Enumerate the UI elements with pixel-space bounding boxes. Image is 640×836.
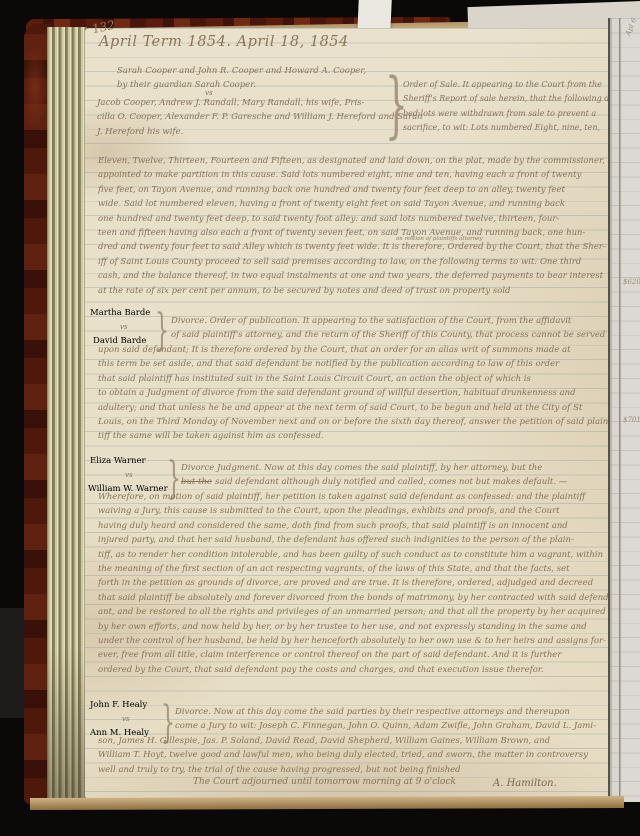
case4-side-text: Divorce. Now at this day come the said p… <box>175 705 596 734</box>
handwritten-line: tiff, as to render her condition intoler… <box>98 548 608 562</box>
case2-body: upon said defendant; It is therefore ord… <box>98 343 608 444</box>
handwritten-line: well and truly to try, the trial of the … <box>98 763 588 777</box>
handwritten-line: iff of Saint Louis County proceed to sel… <box>98 255 606 269</box>
case3-side-text: Divorce Judgment. Now at this day comes … <box>181 461 567 490</box>
handwritten-line: this term be set aside, and that said de… <box>98 357 608 371</box>
handwritten-line: that said plaintiff has instituted suit … <box>98 372 608 386</box>
struck-out-words: but the <box>181 477 212 487</box>
handwritten-line: injured party, and that her said husband… <box>98 533 608 547</box>
handwritten-line: the meaning of the first section of an a… <box>98 562 608 576</box>
handwritten-line: at the rate of six per cent per annum, t… <box>98 284 606 298</box>
handwritten-line: son, James H. Gillespie, Jas. P. Soland,… <box>98 734 588 748</box>
case2-plaintiff: Martha Barde <box>90 306 150 320</box>
handwritten-line: ever, free from all title, claim interfe… <box>98 648 608 662</box>
margin-amount-2: $701 <box>623 416 640 424</box>
case1-defendants: Jacob Cooper, Andrew J. Randall, Mary Ra… <box>97 96 423 139</box>
case4-plaintiff: John F. Healy <box>90 698 147 712</box>
term-heading: April Term 1854. April 18, 1854 <box>99 34 349 50</box>
handwritten-line: Wherefore, on motion of said plaintiff, … <box>98 490 608 504</box>
handwritten-line: five feet, on Tayon Avenue, and running … <box>98 183 606 197</box>
handwritten-line: ordered by the Court, that said defendan… <box>98 663 608 677</box>
handwritten-line: dred and twenty four feet to said Alley … <box>98 240 606 254</box>
handwritten-line: cilla O. Cooper, Alexander F. P. Garesch… <box>97 110 423 124</box>
handwritten-line: wide. Said lot numbered eleven, having a… <box>98 197 606 211</box>
handwritten-line: appointed to make partition in this caus… <box>98 168 606 182</box>
handwritten-line: by their guardian Sarah Cooper. <box>117 78 366 92</box>
handwritten-line: J. Hereford his wife. <box>97 125 423 139</box>
case1-interlineation: on motion of plaintiffs attorney <box>396 232 483 246</box>
handwritten-line: sacrifice, to wit: Lots numbered Eight, … <box>403 121 608 135</box>
case2-side-text: Divorce. Order of publication. It appear… <box>171 314 605 343</box>
handwritten-line: come a Jury to wit: Joseph C. Finnegan, … <box>175 719 596 733</box>
case3-vs: vs <box>125 471 133 479</box>
case3-side-line2-text: said defendant although duly notified an… <box>215 477 567 487</box>
handwritten-line: Sarah Cooper and John R. Cooper and Howa… <box>117 64 366 78</box>
handwritten-line: William T. Hoyt, twelve good and lawful … <box>98 748 588 762</box>
handwritten-line: Divorce. Order of publication. It appear… <box>171 314 605 328</box>
handwritten-line: one hundred and twenty feet deep, to sai… <box>98 212 606 226</box>
case4-vs: vs <box>122 715 130 723</box>
handwritten-line: Divorce. Now at this day come the said p… <box>175 705 596 719</box>
case1-body: on motion of plaintiffs attorney Eleven,… <box>98 154 606 298</box>
handwritten-line: of said plaintiff's attorney, and the re… <box>171 328 605 342</box>
court-record-book-photo: April Term 1854. April 18, 1854 Sarah Co… <box>0 0 640 836</box>
handwritten-line: cash, and the balance thereof, in two eq… <box>98 269 606 283</box>
facing-page-sliver: Apl 6 $620 $701 <box>608 18 640 802</box>
handwritten-line: under the control of her husband, be hel… <box>98 634 608 648</box>
judge-signature: A. Hamilton. <box>493 778 557 789</box>
handwritten-line: teen and fifteen having also each a fron… <box>98 226 606 240</box>
handwritten-line: tiff the same will be taken against him … <box>98 429 608 443</box>
handwritten-line: ant, and be restored to all the rights a… <box>98 605 608 619</box>
facing-page-heading: Apl 6 <box>624 17 638 37</box>
case4-body: son, James H. Gillespie, Jas. P. Soland,… <box>98 734 588 777</box>
handwritten-line: Louis, on the Third Monday of November n… <box>98 415 608 429</box>
handwritten-line: to obtain a Judgment of divorce from the… <box>98 386 608 400</box>
handwritten-line: that said plaintiff be absolutely and fo… <box>98 591 608 605</box>
handwritten-line: Order of Sale. It appearing to the Court… <box>403 78 608 92</box>
stacked-page-edges <box>47 27 87 803</box>
handwritten-line: having duly heard and considered the sam… <box>98 519 608 533</box>
handwritten-line: Eleven, Twelve, Thirteen, Fourteen and F… <box>98 154 606 168</box>
case3-plaintiff: Eliza Warner <box>90 454 146 468</box>
handwritten-line: waiving a Jury, this cause is submitted … <box>98 504 608 518</box>
page-block-bottom-edge <box>30 796 624 810</box>
handwritten-line: Jacob Cooper, Andrew J. Randall, Mary Ra… <box>97 96 423 110</box>
handwritten-line: by her own efforts, and now held by her,… <box>98 620 608 634</box>
margin-amount-1: $620 <box>623 278 640 286</box>
case3-body: Wherefore, on motion of said plaintiff, … <box>98 490 608 677</box>
handwritten-line: adultery; and that unless he be and appe… <box>98 401 608 415</box>
case3-side-line1: Divorce Judgment. Now at this day comes … <box>181 461 567 475</box>
handwritten-line: upon said defendant; It is therefore ord… <box>98 343 608 357</box>
case1-side-text: Order of Sale. It appearing to the Court… <box>403 78 608 136</box>
ledger-page: April Term 1854. April 18, 1854 Sarah Co… <box>85 28 608 798</box>
handwritten-line: forth in the petition as grounds of divo… <box>98 576 608 590</box>
adjournment-line: The Court adjourned until tomorrow morni… <box>193 777 456 787</box>
handwritten-line: bed lots were withdrawn from sale to pre… <box>403 107 608 121</box>
case2-vs: vs <box>120 323 128 331</box>
case1-plaintiffs: Sarah Cooper and John R. Cooper and Howa… <box>117 64 366 93</box>
handwritten-line: Sheriff's Report of sale herein, that th… <box>403 92 608 106</box>
case3-side-line2: but thesaid defendant although duly noti… <box>181 475 567 489</box>
